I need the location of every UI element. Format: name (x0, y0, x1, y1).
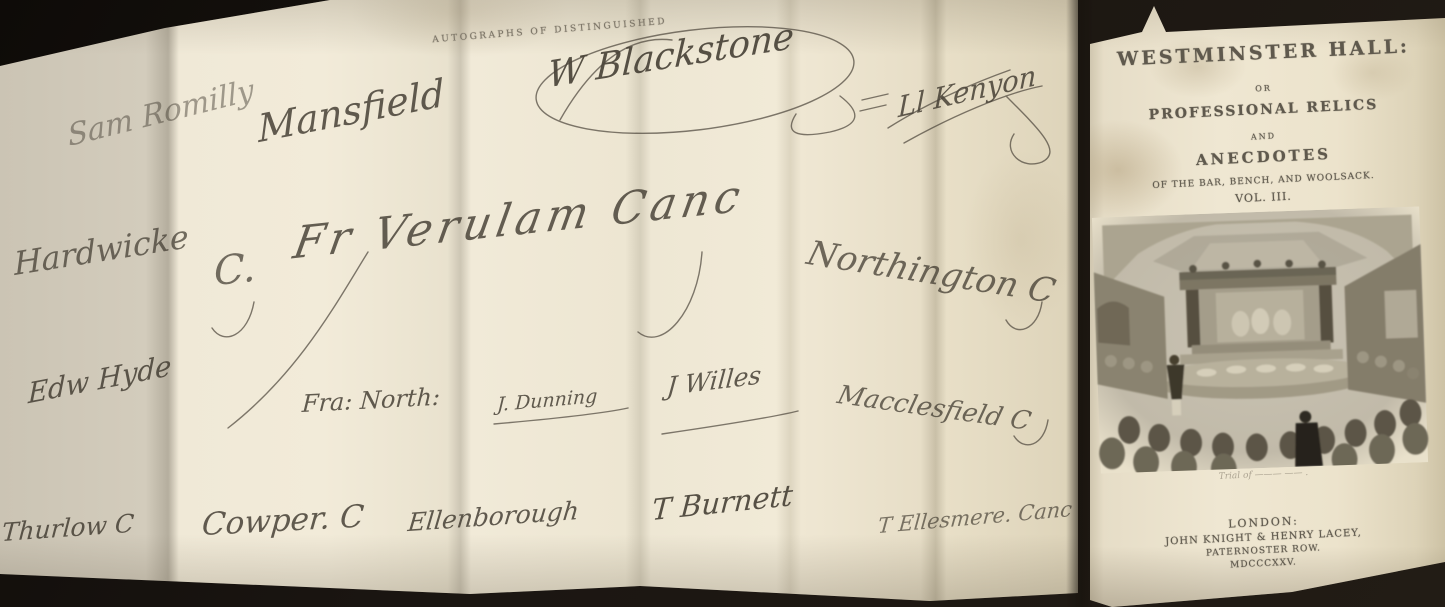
title-relics: PROFESSIONAL RELICS (1092, 94, 1435, 126)
signature-cowper: Cowper. C (201, 501, 365, 541)
page-gutter-shadow (1066, 0, 1092, 607)
book-title: WESTMINSTER HALL: (1092, 34, 1436, 72)
signature-north: Fra: North: (301, 385, 440, 416)
book-photo: AUTOGRAPHS OF DISTINGUISHED Sam Romilly … (0, 0, 1445, 607)
courtroom-engraving (1088, 206, 1433, 474)
signature-hardwicke-c: C. (214, 248, 256, 293)
